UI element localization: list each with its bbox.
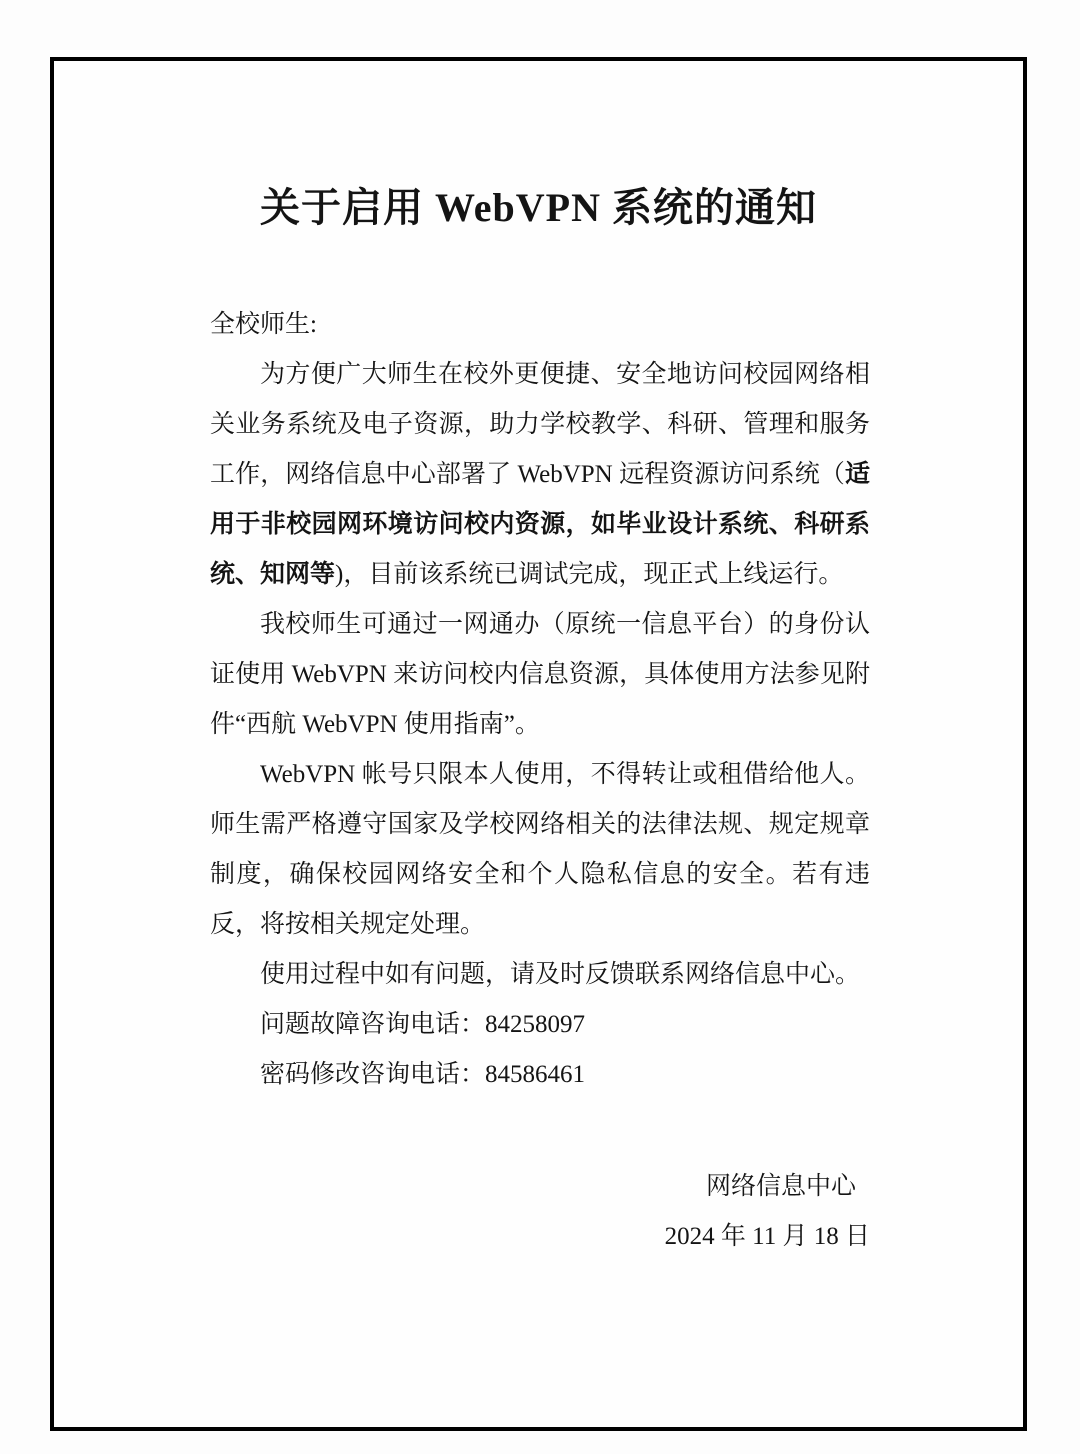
paragraph-deployment-tail: )，目前该系统已调试完成，现正式上线运行。 xyxy=(335,561,843,588)
notice-page: 关于启用 WebVPN 系统的通知 全校师生: 为方便广大师生在校外更便捷、安全… xyxy=(0,0,1080,1454)
phone-fault-line: 问题故障咨询电话：84258097 xyxy=(210,1000,870,1050)
paragraph-usage: 我校师生可通过一网通办（原统一信息平台）的身份认证使用 WebVPN 来访问校内… xyxy=(210,600,870,750)
salutation-line: 全校师生: xyxy=(210,300,870,350)
signature-date: 2024 年 11 月 18 日 xyxy=(665,1212,870,1262)
notice-border-frame: 关于启用 WebVPN 系统的通知 全校师生: 为方便广大师生在校外更便捷、安全… xyxy=(50,57,1027,1431)
notice-body: 全校师生: 为方便广大师生在校外更便捷、安全地访问校园网络相关业务系统及电子资源… xyxy=(210,300,870,1100)
paragraph-feedback: 使用过程中如有问题，请及时反馈联系网络信息中心。 xyxy=(210,950,870,1000)
signature-organization: 网络信息中心 xyxy=(665,1162,870,1212)
paragraph-rules: WebVPN 帐号只限本人使用，不得转让或租借给他人。师生需严格遵守国家及学校网… xyxy=(210,750,870,950)
paragraph-deployment: 为方便广大师生在校外更便捷、安全地访问校园网络相关业务系统及电子资源，助力学校教… xyxy=(210,350,870,600)
phone-password-line: 密码修改咨询电话：84586461 xyxy=(210,1050,870,1100)
notice-title: 关于启用 WebVPN 系统的通知 xyxy=(54,183,1023,233)
paragraph-deployment-lead: 为方便广大师生在校外更便捷、安全地访问校园网络相关业务系统及电子资源，助力学校教… xyxy=(210,361,870,488)
signoff-block: 网络信息中心 2024 年 11 月 18 日 xyxy=(665,1162,870,1262)
